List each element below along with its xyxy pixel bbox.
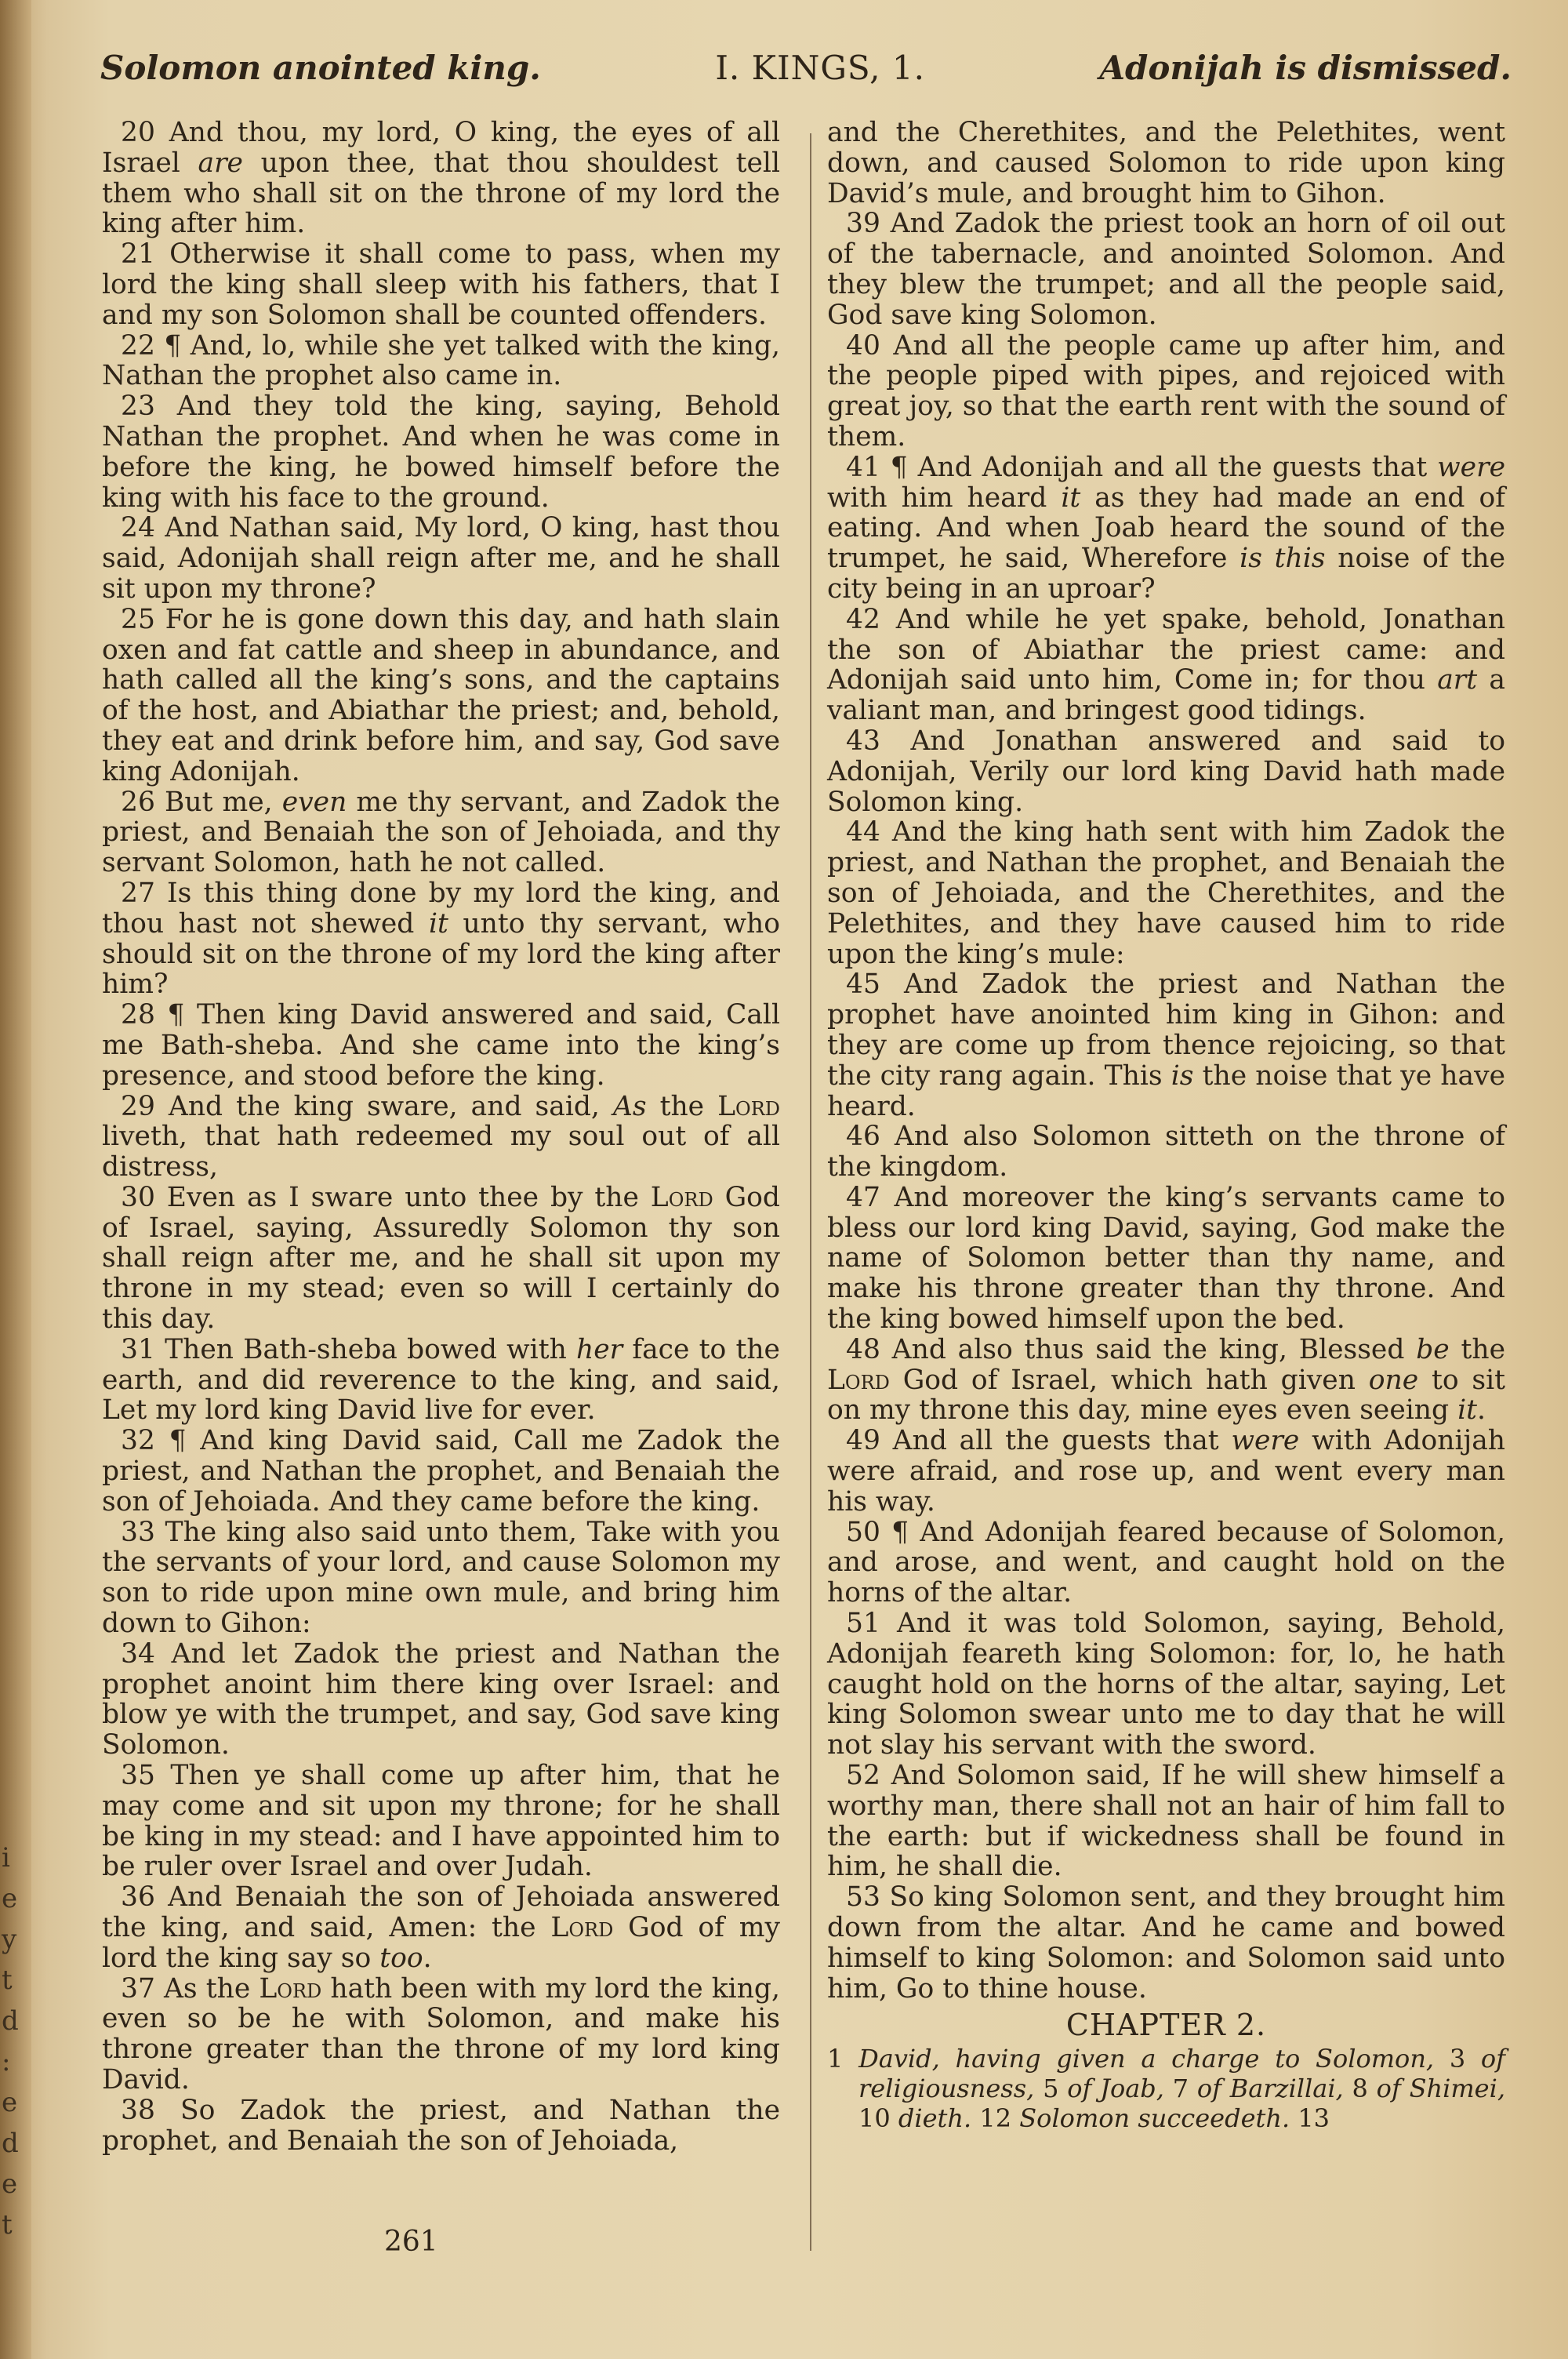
left-column: 20 And thou, my lord, O king, the eyes o… [102,118,780,2156]
verse: 51 And it was told Solomon, saying, Beho… [827,1608,1505,1761]
verse-number: 21 [121,238,155,270]
verse: 35 Then ye shall come up after him, that… [102,1761,780,1882]
verse-number: 20 [121,117,155,148]
verse: 28 ¶ Then king David answered and said, … [102,1000,780,1091]
verse-number: 52 [846,1760,880,1791]
chapter-summary: 1 David, having given a charge to Solomo… [827,2044,1505,2133]
verse: 43 And Jonathan answered and said to Ado… [827,726,1505,817]
verse-number: 39 [846,208,880,239]
verse-number: 36 [121,1881,155,1913]
verse: 39 And Zadok the priest took an horn of … [827,209,1505,330]
verse: 21 Otherwise it shall come to pass, when… [102,239,780,330]
verse: 49 And all the guests that were with Ado… [827,1426,1505,1517]
verse-number: 29 [121,1091,155,1122]
verse: 46 And also Solomon sitteth on the thron… [827,1121,1505,1183]
verse: 22 ¶ And, lo, while she yet talked with … [102,331,780,392]
verse: 34 And let Zadok the priest and Nathan t… [102,1639,780,1761]
column-divider [810,133,811,2251]
margin-fragment: : [2,2047,25,2077]
verse-number: 51 [846,1608,880,1639]
verse-number: 34 [121,1638,155,1670]
margin-fragment: e [2,2169,25,2199]
verse-number: 33 [121,1517,155,1548]
margin-fragment: t [2,1965,25,1995]
verse-number: 28 [121,999,155,1030]
margin-fragment: y [2,1925,25,1954]
verse: 44 And the king hath sent with him Zadok… [827,817,1505,969]
verse-number: 45 [846,969,880,1000]
verse-number: 24 [121,512,155,543]
verse: 52 And Solomon said, If he will shew him… [827,1761,1505,1882]
verse: 23 And they told the king, saying, Behol… [102,391,780,513]
verse: 24 And Nathan said, My lord, O king, has… [102,513,780,604]
verse: 33 The king also said unto them, Take wi… [102,1518,780,1639]
verse: 27 Is this thing done by my lord the kin… [102,878,780,1000]
verse-number: 48 [846,1334,880,1365]
header-right: Adonijah is dismissed. [1099,49,1512,87]
verse: 30 Even as I sware unto thee by the Lord… [102,1183,780,1335]
verse: 32 ¶ And king David said, Call me Zadok … [102,1426,780,1517]
verse-number: 44 [846,816,880,848]
page-number: 261 [384,2226,438,2258]
verse: 40 And all the people came up after him,… [827,331,1505,453]
margin-fragment: e [2,2088,25,2117]
chapter-heading: CHAPTER 2. [827,2010,1505,2041]
verse-number: 25 [121,604,155,635]
verse: 25 For he is gone down this day, and hat… [102,605,780,787]
verse-number: 22 [121,330,155,362]
verse-number: 42 [846,604,880,635]
verse: 36 And Benaiah the son of Jehoiada answe… [102,1882,780,1973]
verse-number: 40 [846,330,880,362]
verse-number: 32 [121,1425,155,1456]
verse: 20 And thou, my lord, O king, the eyes o… [102,118,780,239]
verse: 37 As the Lord hath been with my lord th… [102,1974,780,2095]
verse: 42 And while he yet spake, behold, Jonat… [827,605,1505,726]
verse-number: 31 [121,1334,155,1365]
verse-number: 41 [846,452,880,483]
header-book-chapter: I. KINGS, 1. [715,49,925,87]
verse-number: 53 [846,1881,880,1913]
verse-number: 26 [121,787,155,818]
running-header: Solomon anointed king. I. KINGS, 1. Adon… [100,49,1512,104]
margin-fragment: i [2,1843,25,1873]
verse: 26 But me, even me thy servant, and Zado… [102,787,780,878]
verse-number: 30 [121,1182,155,1213]
verse-number: 23 [121,391,155,422]
verse: 31 Then Bath-sheba bowed with her face t… [102,1335,780,1426]
margin-fragment: e [2,1884,25,1914]
verse-number: 50 [846,1517,880,1548]
verse-number: 38 [121,2095,155,2126]
margin-fragment: d [2,2006,25,2036]
verse: 45 And Zadok the priest and Nathan the p… [827,969,1505,1121]
verse: 29 And the king sware, and said, As the … [102,1092,780,1183]
verse-number: 35 [121,1760,155,1791]
verse-number: 47 [846,1182,880,1213]
verse: 50 ¶ And Adonijah feared because of Solo… [827,1518,1505,1608]
right-column: and the Cherethites, and the Pelethites,… [827,118,1505,2133]
header-left: Solomon anointed king. [100,49,541,87]
verse-number: 49 [846,1425,880,1456]
verse: 41 ¶ And Adonijah and all the guests tha… [827,453,1505,605]
verse: 48 And also thus said the king, Blessed … [827,1335,1505,1426]
margin-fragment: t [2,2210,25,2240]
verse-number: 37 [121,1973,155,2005]
margin-fragment: d [2,2128,25,2158]
verse-number: 43 [846,725,880,757]
verse: 38 So Zadok the priest, and Nathan the p… [102,2095,780,2157]
verse: and the Cherethites, and the Pelethites,… [827,118,1505,209]
verse: 53 So king Solomon sent, and they brough… [827,1882,1505,2004]
verse-number: 46 [846,1121,880,1152]
verse: 47 And moreover the king’s servants came… [827,1183,1505,1335]
verse-number: 27 [121,878,155,909]
